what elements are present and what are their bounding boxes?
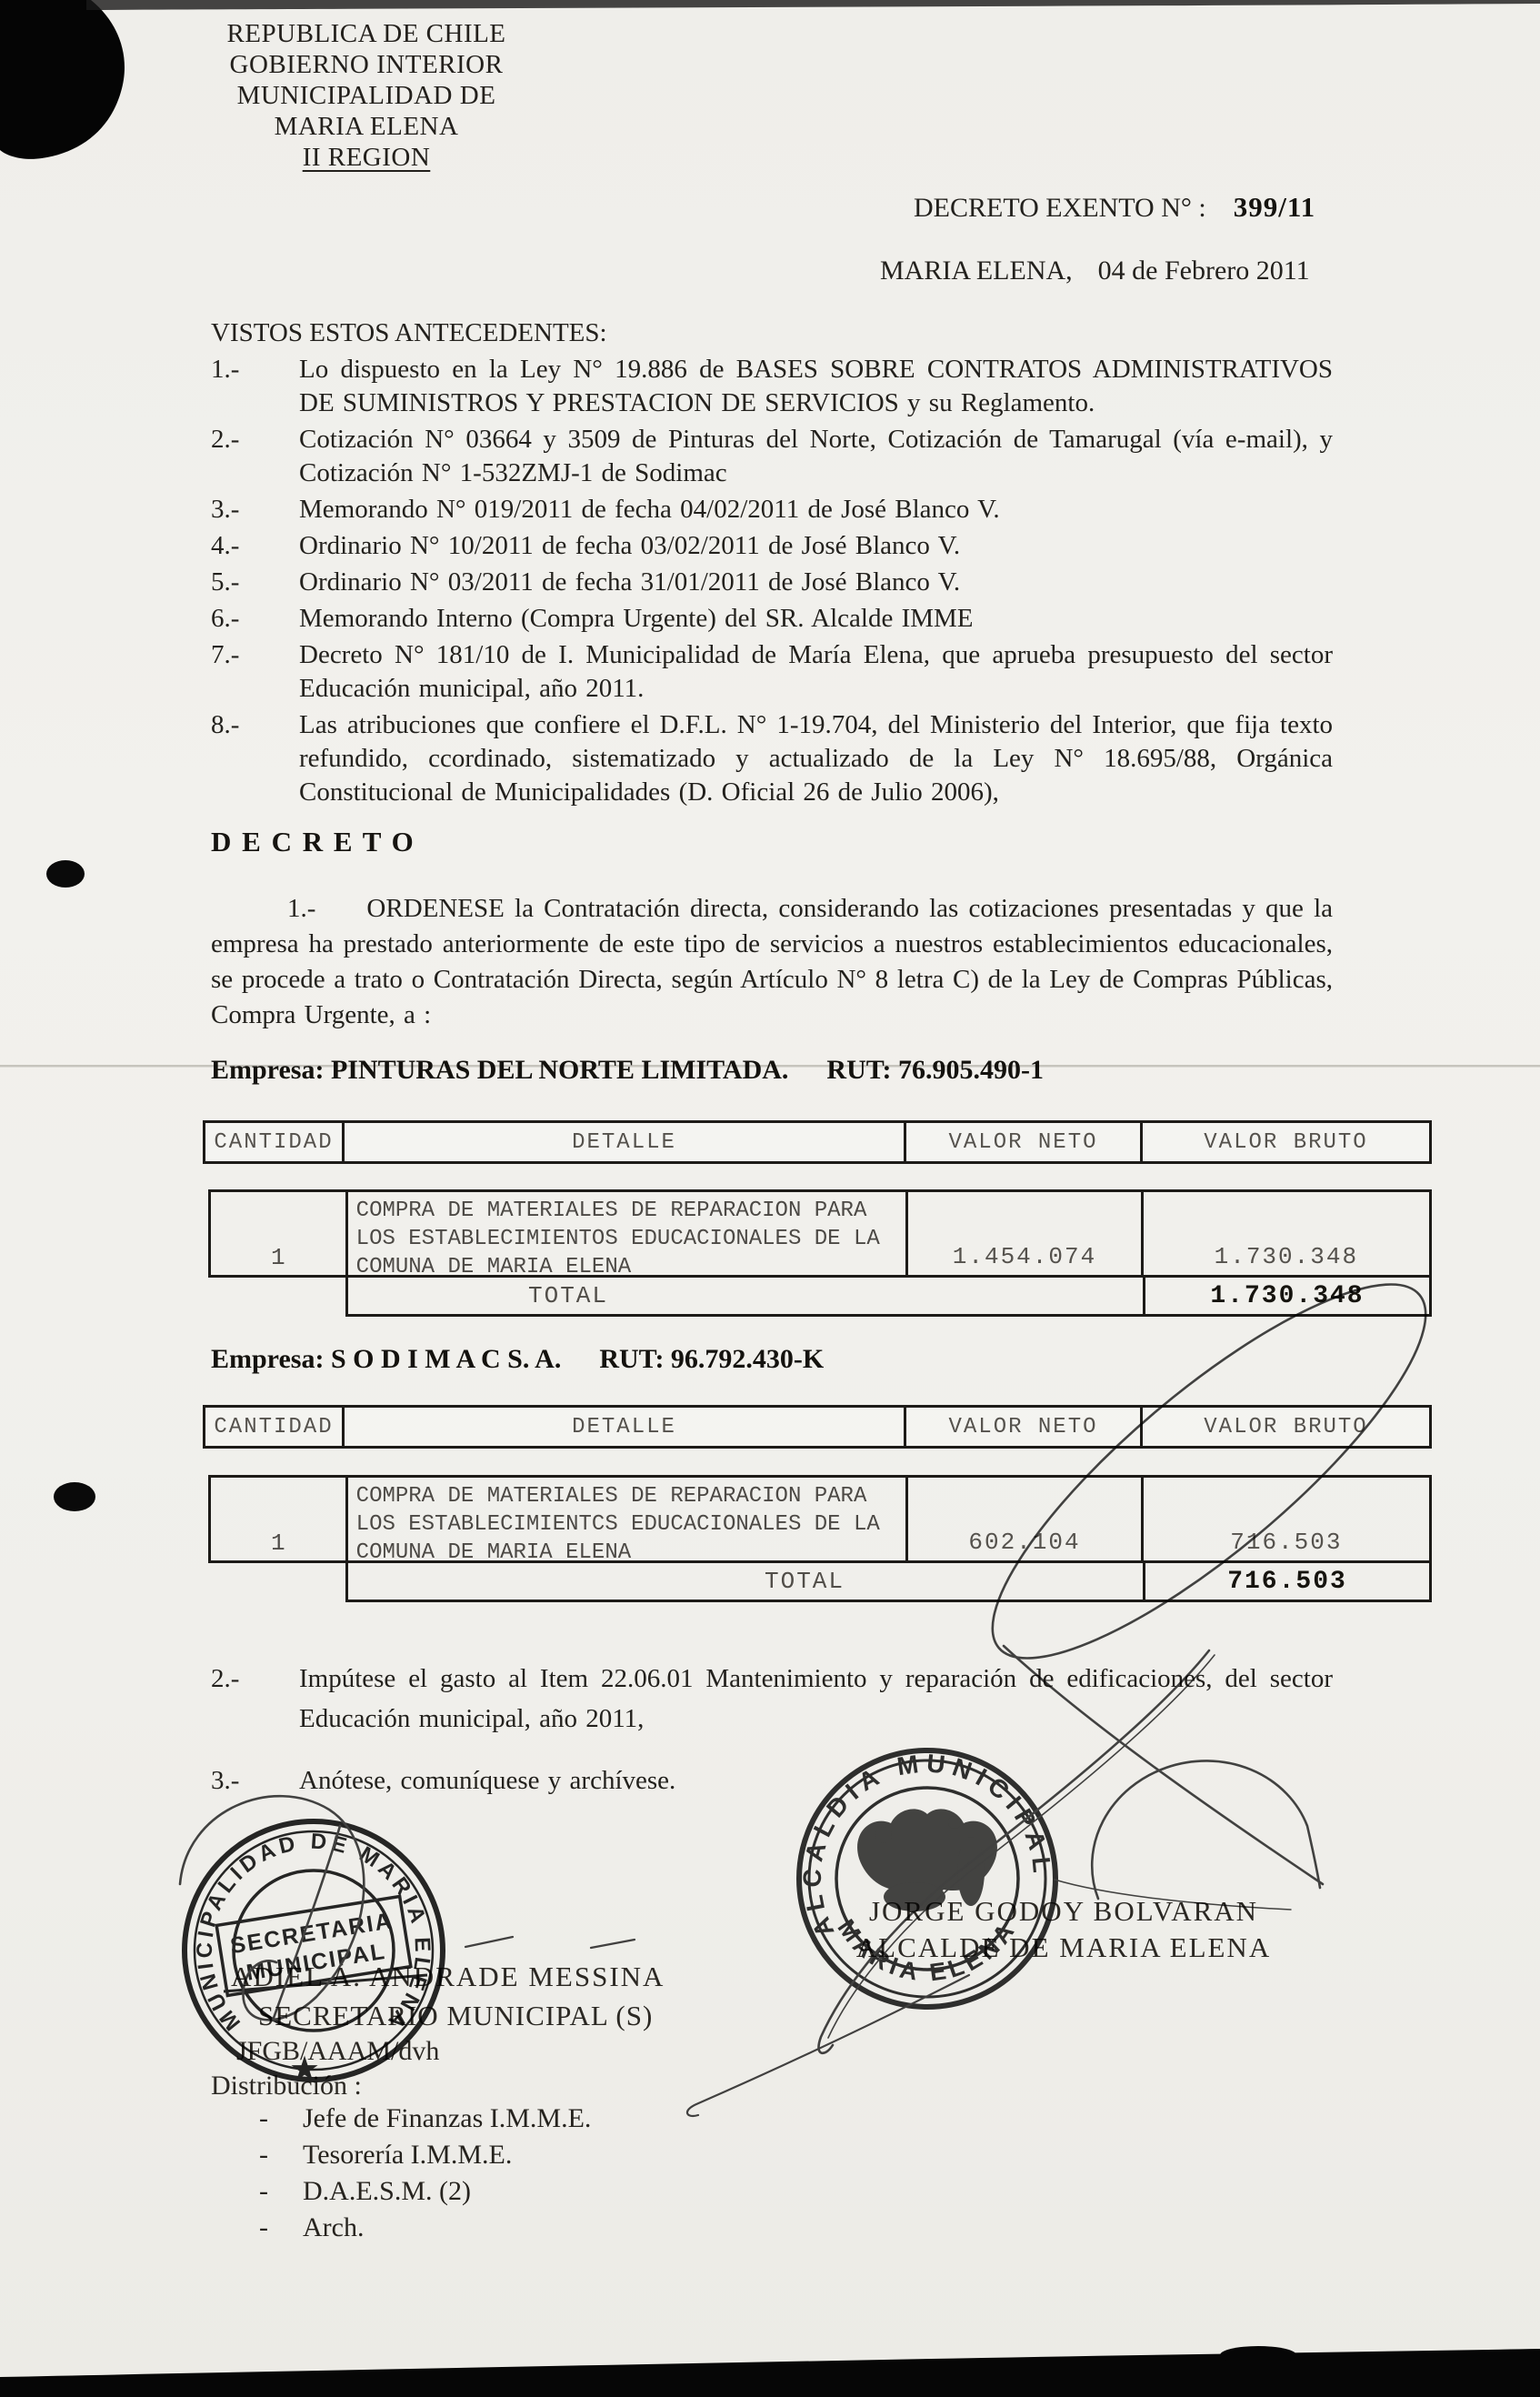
vistos-item: 3.-Memorando N° 019/2011 de fecha 04/02/… [211,493,1333,527]
cell-detalle: COMPRA DE MATERIALES DE REPARACION PARAL… [348,1478,906,1567]
cell-valor-neto: 602.104 [908,1529,1140,1556]
table-total-row: TOTAL 716.503 [345,1563,1432,1602]
cell-valor-neto: 1.454.074 [908,1243,1140,1270]
company-2-line: Empresa: S O D I M A C S. A.RUT: 96.792.… [211,1344,824,1375]
vistos-item: 1.-Lo dispuesto en la Ley N° 19.886 de B… [211,353,1333,420]
column-header-valor-neto: VALOR NETO [906,1123,1143,1161]
paragraph-number: 1.- [287,894,315,923]
scan-bottom-edge [0,2346,1540,2397]
scan-corner-blob [0,0,125,159]
distribution-heading: Distribución : [211,2071,362,2101]
scan-top-edge [86,0,1540,10]
letterhead-region: II REGION [207,142,525,173]
resolution-2: 2.- Impútese el gasto al Item 22.06.01 M… [211,1659,1333,1739]
distribution-item: -D.A.E.S.M. (2) [259,2176,591,2212]
mayor-name: JORGE GODOY BOLVARAN [841,1893,1286,1930]
company-1-line: Empresa: PINTURAS DEL NORTE LIMITADA.RUT… [211,1055,1044,1086]
letterhead-line: GOBIERNO INTERIOR [207,49,525,80]
company-2-name: Empresa: S O D I M A C S. A. [211,1344,561,1374]
table-row: 1 COMPRA DE MATERIALES DE REPARACION PAR… [208,1475,1432,1563]
column-header-valor-bruto: VALOR BRUTO [1143,1123,1429,1161]
vistos-item: 6.-Memorando Interno (Compra Urgente) de… [211,602,1333,636]
place-date-line: MARIA ELENA,04 de Febrero 2011 [880,256,1310,286]
stamp-box-line1: SECRETARIA [228,1908,395,1959]
decree-number-line: DECRETO EXENTO N° :399/11 [914,191,1315,224]
secretary-name: ADIEL A. ANDRADE MESSINA [231,1961,665,1993]
decreto-heading: D E C R E T O [211,826,415,858]
cell-valor-bruto: 716.503 [1144,1529,1429,1556]
column-header-cantidad: CANTIDAD [205,1123,345,1161]
table-1-header: CANTIDAD DETALLE VALOR NETO VALOR BRUTO [203,1120,1432,1164]
signature-block-mayor: JORGE GODOY BOLVARAN ALCALDE DE MARIA EL… [841,1893,1286,1966]
scanned-decree-page: REPUBLICA DE CHILE GOBIERNO INTERIOR MUN… [0,0,1540,2397]
decree-number-label: DECRETO EXENTO N° : [914,193,1206,223]
distribution-item: -Arch. [259,2212,591,2249]
distribution-item: -Jefe de Finanzas I.M.M.E. [259,2103,591,2140]
total-value: 1.730.348 [1145,1278,1429,1314]
company-1-name: Empresa: PINTURAS DEL NORTE LIMITADA. [211,1055,788,1085]
cell-cantidad: 1 [211,1244,345,1271]
date: 04 de Febrero 2011 [1098,256,1310,286]
company-2-rut: RUT: 96.792.430-K [599,1344,824,1374]
total-label: TOTAL [348,1278,1145,1314]
letterhead: REPUBLICA DE CHILE GOBIERNO INTERIOR MUN… [207,18,525,173]
document-initials: JFGB/AAAM/dvh [236,2036,439,2067]
table-total-row: TOTAL 1.730.348 [345,1278,1432,1317]
vistos-item: 2.-Cotización N° 03664 y 3509 de Pintura… [211,423,1333,490]
letterhead-line: MUNICIPALIDAD DE [207,80,525,111]
total-value: 716.503 [1145,1563,1429,1600]
vistos-item: 7.-Decreto N° 181/10 de I. Municipalidad… [211,638,1333,706]
distribution-list: -Jefe de Finanzas I.M.M.E. -Tesorería I.… [259,2103,591,2249]
letterhead-line: REPUBLICA DE CHILE [207,18,525,49]
place: MARIA ELENA, [880,256,1073,286]
punch-hole-dot [46,860,85,888]
total-label: TOTAL [348,1563,1145,1600]
punch-hole-dot [54,1482,95,1511]
distribution-item: -Tesorería I.M.M.E. [259,2140,591,2176]
table-2-header: CANTIDAD DETALLE VALOR NETO VALOR BRUTO [203,1405,1432,1449]
vistos-heading: VISTOS ESTOS ANTECEDENTES: [211,318,607,348]
column-header-cantidad: CANTIDAD [205,1408,345,1446]
column-header-detalle: DETALLE [345,1123,906,1161]
cell-cantidad: 1 [211,1529,345,1557]
paragraph-text: ORDENESE la Contratación directa, consid… [211,894,1333,1029]
resolution-3: 3.- Anótese, comuníquese y archívese. [211,1760,1333,1800]
column-header-valor-bruto: VALOR BRUTO [1143,1408,1429,1446]
vistos-list: 1.-Lo dispuesto en la Ley N° 19.886 de B… [211,353,1333,812]
table-2-body: 1 COMPRA DE MATERIALES DE REPARACION PAR… [208,1475,1432,1602]
letterhead-line: MARIA ELENA [207,111,525,142]
column-header-valor-neto: VALOR NETO [906,1408,1143,1446]
company-1-rut: RUT: 76.905.490-1 [826,1055,1044,1085]
cell-valor-bruto: 1.730.348 [1144,1243,1429,1270]
table-1-body: 1 COMPRA DE MATERIALES DE REPARACION PAR… [208,1189,1432,1317]
decreto-paragraph-1: 1.-ORDENESE la Contratación directa, con… [211,891,1333,1033]
table-row: 1 COMPRA DE MATERIALES DE REPARACION PAR… [208,1189,1432,1278]
vistos-item: 8.-Las atribuciones que confiere el D.F.… [211,708,1333,809]
vistos-item: 4.-Ordinario N° 10/2011 de fecha 03/02/2… [211,529,1333,563]
secretary-title: SECRETARIO MUNICIPAL (S) [258,2000,653,2032]
column-header-detalle: DETALLE [345,1408,906,1446]
decree-number-value: 399/11 [1234,191,1315,223]
vistos-item: 5.-Ordinario N° 03/2011 de fecha 31/01/2… [211,566,1333,599]
mayor-title: ALCALDE DE MARIA ELENA [841,1930,1286,1966]
cell-detalle: COMPRA DE MATERIALES DE REPARACION PARAL… [348,1192,906,1281]
